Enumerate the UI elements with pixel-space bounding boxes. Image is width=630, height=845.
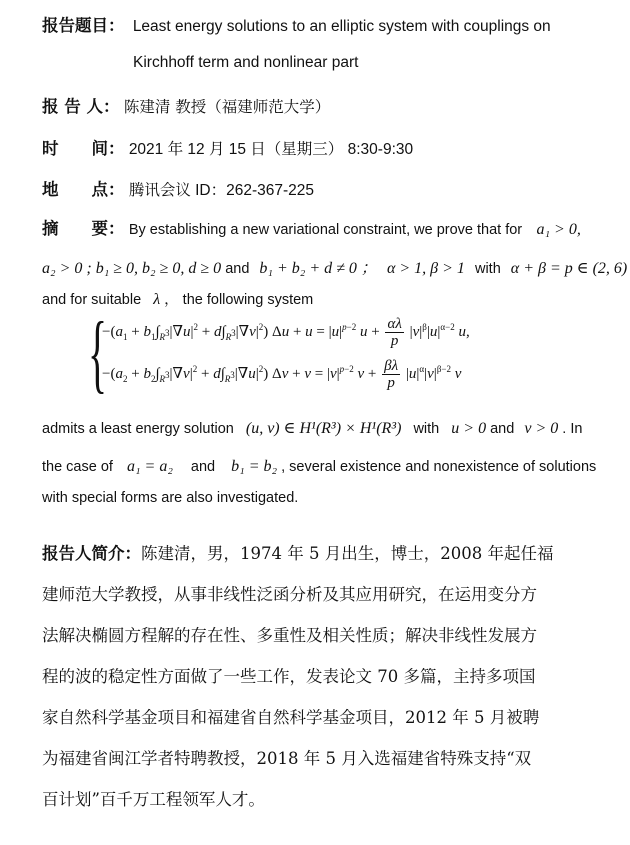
bio-line-1: 报告人简介：陈建清，男，1974 年 5 月出生，博士，2008 年起任福: [42, 540, 553, 564]
report-title-row-2: Kirchhoff term and nonlinear part: [133, 54, 358, 72]
abstract-math: a₁ = a₂: [127, 458, 173, 475]
abstract-text: with special forms are also investigated…: [42, 490, 298, 506]
speaker-label: 报 告 人：: [42, 97, 120, 116]
location-value: 腾讯会议 ID：262-367-225: [129, 182, 314, 199]
bio-line-2: 建师范大学教授，从事非线性泛函分析及其应用研究，在运用变分方: [42, 581, 537, 605]
equation-system: { −(a1 + b1∫R3|∇u|2 + d∫R3|∇v|2) Δu + u …: [88, 310, 528, 402]
abstract-row-6: with special forms are also investigated…: [42, 490, 298, 506]
speaker-bio: 报告人简介：陈建清，男，1974 年 5 月出生，博士，2008 年起任福 建师…: [42, 540, 587, 820]
bio-line-3: 法解决椭圆方程解的存在性、多重性及相关性质；解决非线性发展方: [42, 622, 537, 646]
abstract-math: (u, v) ∈ H¹(R³) × H¹(R³): [246, 420, 402, 437]
abstract-math: a₂ > 0 ; b₁ ≥ 0, b₂ ≥ 0, d ≥ 0: [42, 260, 221, 277]
abstract-math: u > 0: [451, 420, 486, 437]
abstract-text: By establishing a new variational constr…: [129, 222, 522, 238]
location-label: 地 点：: [42, 180, 125, 199]
abstract-label: 摘 要：: [42, 219, 125, 238]
abstract-math: α > 1, β > 1: [387, 260, 465, 277]
bio-text: 陈建清，男，1974 年 5 月出生，博士，2008 年起任福: [141, 544, 553, 563]
abstract-math: b₁ + b₂ + d ≠ 0 ；: [259, 260, 377, 277]
abstract-math: a₁ > 0,: [536, 221, 580, 238]
title-line-1: Least energy solutions to an elliptic sy…: [133, 18, 551, 35]
abstract-row-4: admits a least energy solution (u, v) ∈ …: [42, 418, 582, 438]
bio-line-6: 为福建省闽江学者特聘教授，2018 年 5 月入选福建省特殊支持“双: [42, 745, 531, 769]
time-row: 时 间： 2021 年 12 月 15 日（星期三） 8:30-9:30: [42, 135, 413, 159]
title-line-2: Kirchhoff term and nonlinear part: [133, 54, 358, 71]
abstract-text: and: [490, 421, 514, 437]
bio-line-5: 家自然科学基金项目和福建省自然科学基金项目，2012 年 5 月被聘: [42, 704, 539, 728]
equation-line-1: −(a1 + b1∫R3|∇u|2 + d∫R3|∇v|2) Δu + u = …: [102, 316, 470, 349]
abstract-math: b₁ = b₂: [231, 458, 277, 475]
fraction-alpha-lambda-over-p: αλp: [385, 316, 403, 349]
abstract-text: , several existence and nonexistence of …: [281, 459, 596, 475]
abstract-row-2: a₂ > 0 ; b₁ ≥ 0, b₂ ≥ 0, d ≥ 0 and b₁ + …: [42, 255, 630, 278]
bio-line-7: 百计划”百千万工程领军人才。: [42, 786, 265, 810]
abstract-text: ， the following system: [164, 292, 313, 308]
abstract-math: v > 0: [524, 420, 558, 437]
bio-line-4: 程的波的稳定性方面做了一些工作，发表论文 70 多篇，主持多项国: [42, 663, 536, 687]
abstract-text: and: [225, 261, 249, 277]
equation-line-2: −(a2 + b2∫R3|∇v|2 + d∫R3|∇u|2) Δv + v = …: [102, 358, 461, 391]
abstract-text: with: [475, 261, 501, 277]
abstract-row-1: 摘 要： By establishing a new variational c…: [42, 215, 581, 239]
abstract-text: and: [191, 459, 215, 475]
title-label: 报告题目：: [42, 16, 125, 35]
speaker-row: 报 告 人： 陈建清 教授（福建师范大学）: [42, 93, 330, 117]
abstract-row-5: the case of a₁ = a₂ and b₁ = b₂ , severa…: [42, 458, 596, 476]
fraction-beta-lambda-over-p: βλp: [382, 358, 400, 391]
abstract-text: admits a least energy solution: [42, 421, 234, 437]
time-value: 2021 年 12 月 15 日（星期三） 8:30-9:30: [129, 141, 413, 158]
time-label: 时 间：: [42, 139, 125, 158]
location-row: 地 点： 腾讯会议 ID：262-367-225: [42, 176, 314, 200]
report-title-row: 报告题目： Least energy solutions to an ellip…: [42, 12, 551, 36]
abstract-text: . In: [562, 421, 582, 437]
abstract-math: λ: [153, 291, 160, 308]
bio-label: 报告人简介：: [42, 544, 141, 563]
abstract-math: α + β = p ∈ (2, 6) ;: [511, 260, 630, 277]
speaker-value: 陈建清 教授（福建师范大学）: [124, 98, 330, 116]
abstract-row-3: and for suitable λ ， the following syste…: [42, 288, 313, 309]
abstract-text: the case of: [42, 459, 113, 475]
abstract-text: with: [413, 421, 439, 437]
